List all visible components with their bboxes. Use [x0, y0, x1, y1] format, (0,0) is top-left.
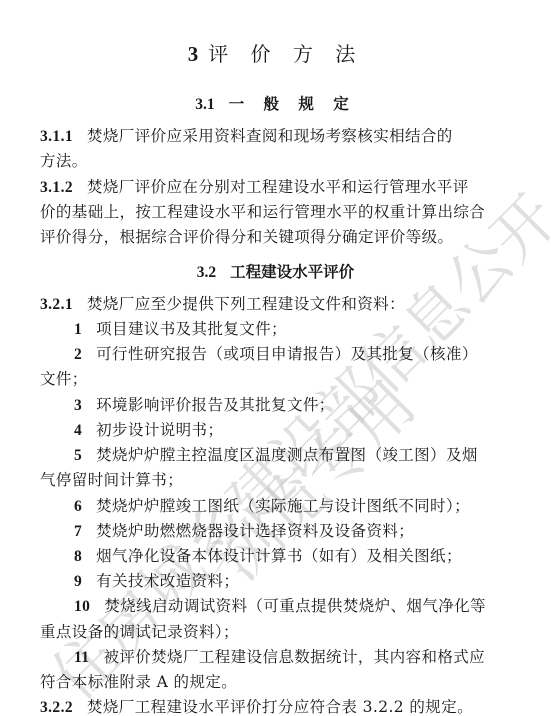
clause-text: 焚烧厂工程建设水平评价打分应符合表 3.2.2 的规定。 — [87, 698, 473, 716]
list-item-5-cont: 气停留时间计算书； — [40, 470, 512, 490]
clause-number: 3.2.2 — [40, 699, 73, 716]
item-text: 焚烧炉炉膛竣工图纸（实际施工与设计图纸不同时）； — [96, 497, 470, 515]
section-heading-3-2: 3.2工程建设水平评价 — [0, 260, 551, 282]
chapter-title: 3评 价 方 法 — [0, 38, 551, 67]
clause-text: 焚烧厂评价应在分别对工程建设水平和运行管理水平评 — [87, 178, 469, 196]
item-number: 5 — [74, 447, 82, 464]
clause-3-1-1-cont: 方法。 — [40, 151, 512, 171]
section-number: 3.1 — [195, 96, 214, 113]
section-number: 3.2 — [197, 264, 216, 281]
item-text: 焚烧炉炉膛主控温度区温度测点布置图（竣工图）及烟 — [96, 446, 478, 464]
list-item-2: 2可行性研究报告（或项目申请报告）及其批复（核准） — [74, 344, 546, 365]
list-item-10: 10焚烧线启动调试资料（可重点提供焚烧炉、烟气净化等 — [74, 596, 546, 617]
item-text: 环境影响评价报告及其批复文件； — [96, 396, 335, 414]
item-text: 焚烧炉助燃燃烧器设计选择资料及设备资料； — [96, 522, 414, 540]
clause-3-1-1: 3.1.1焚烧厂评价应采用资料查阅和现场考察核实相结合的 — [40, 126, 512, 147]
clause-text: 方法。 — [40, 152, 88, 170]
item-text: 初步设计说明书； — [96, 421, 223, 439]
clause-3-1-2-cont: 评价得分，根据综合评价得分和关键项得分确定评价等级。 — [40, 227, 512, 247]
list-item-1: 1项目建议书及其批复文件； — [74, 319, 546, 340]
clause-number: 3.2.1 — [40, 296, 73, 313]
item-text: 气停留时间计算书； — [40, 471, 183, 489]
list-item-9: 9有关技术改造资料； — [74, 571, 546, 592]
document-page: 住房城乡建设部信息公开 浏览专用 3评 价 方 法 3.1一 般 规 定 3.1… — [0, 0, 551, 716]
item-number: 4 — [74, 422, 82, 439]
item-number: 3 — [74, 397, 82, 414]
item-number: 6 — [74, 498, 82, 515]
item-number: 1 — [74, 321, 82, 338]
list-item-4: 4初步设计说明书； — [74, 420, 546, 441]
item-text: 符合本标准附录 A 的规定。 — [40, 673, 237, 691]
clause-text: 焚烧厂应至少提供下列工程建设文件和资料： — [87, 295, 405, 313]
section-title-text: 一 般 规 定 — [229, 95, 356, 113]
item-text: 被评价焚烧厂工程建设信息数据统计，其内容和格式应 — [103, 648, 485, 666]
item-text: 项目建议书及其批复文件； — [96, 320, 287, 338]
list-item-11: 11被评价焚烧厂工程建设信息数据统计，其内容和格式应 — [74, 647, 546, 668]
list-item-8: 8烟气净化设备本体设计计算书（如有）及相关图纸； — [74, 546, 546, 567]
section-heading-3-1: 3.1一 般 规 定 — [0, 92, 551, 114]
chapter-number: 3 — [188, 42, 199, 66]
clause-3-1-2: 3.1.2焚烧厂评价应在分别对工程建设水平和运行管理水平评 — [40, 177, 512, 198]
chapter-title-text: 评 价 方 法 — [208, 42, 363, 66]
item-text: 焚烧线启动调试资料（可重点提供焚烧炉、烟气净化等 — [104, 597, 486, 615]
item-number: 11 — [74, 649, 89, 666]
clause-3-1-2-cont: 价的基础上，按工程建设水平和运行管理水平的权重计算出综合 — [40, 202, 512, 222]
clause-text: 评价得分，根据综合评价得分和关键项得分确定评价等级。 — [40, 228, 453, 246]
item-number: 9 — [74, 573, 82, 590]
item-number: 10 — [74, 598, 90, 615]
list-item-5: 5焚烧炉炉膛主控温度区温度测点布置图（竣工图）及烟 — [74, 445, 546, 466]
item-text: 有关技术改造资料； — [96, 572, 239, 590]
item-text: 可行性研究报告（或项目申请报告）及其批复（核准） — [96, 345, 478, 363]
clause-3-2-2: 3.2.2焚烧厂工程建设水平评价打分应符合表 3.2.2 的规定。 — [40, 697, 512, 716]
item-text: 烟气净化设备本体设计计算书（如有）及相关图纸； — [96, 547, 462, 565]
list-item-2-cont: 文件； — [40, 369, 512, 389]
clause-number: 3.1.2 — [40, 179, 73, 196]
clause-number: 3.1.1 — [40, 128, 73, 145]
clause-text: 焚烧厂评价应采用资料查阅和现场考察核实相结合的 — [87, 127, 453, 145]
section-title-text: 工程建设水平评价 — [230, 263, 354, 281]
list-item-7: 7焚烧炉助燃燃烧器设计选择资料及设备资料； — [74, 521, 546, 542]
list-item-6: 6焚烧炉炉膛竣工图纸（实际施工与设计图纸不同时）； — [74, 496, 546, 517]
clause-3-2-1: 3.2.1焚烧厂应至少提供下列工程建设文件和资料： — [40, 294, 512, 315]
list-item-3: 3环境影响评价报告及其批复文件； — [74, 395, 546, 416]
list-item-10-cont: 重点设备的调试记录资料）； — [40, 622, 512, 642]
clause-text: 价的基础上，按工程建设水平和运行管理水平的权重计算出综合 — [40, 203, 485, 221]
item-number: 2 — [74, 346, 82, 363]
item-text: 重点设备的调试记录资料）； — [40, 623, 239, 641]
list-item-11-cont: 符合本标准附录 A 的规定。 — [40, 672, 512, 692]
item-number: 8 — [74, 548, 82, 565]
item-number: 7 — [74, 523, 82, 540]
item-text: 文件； — [40, 370, 88, 388]
